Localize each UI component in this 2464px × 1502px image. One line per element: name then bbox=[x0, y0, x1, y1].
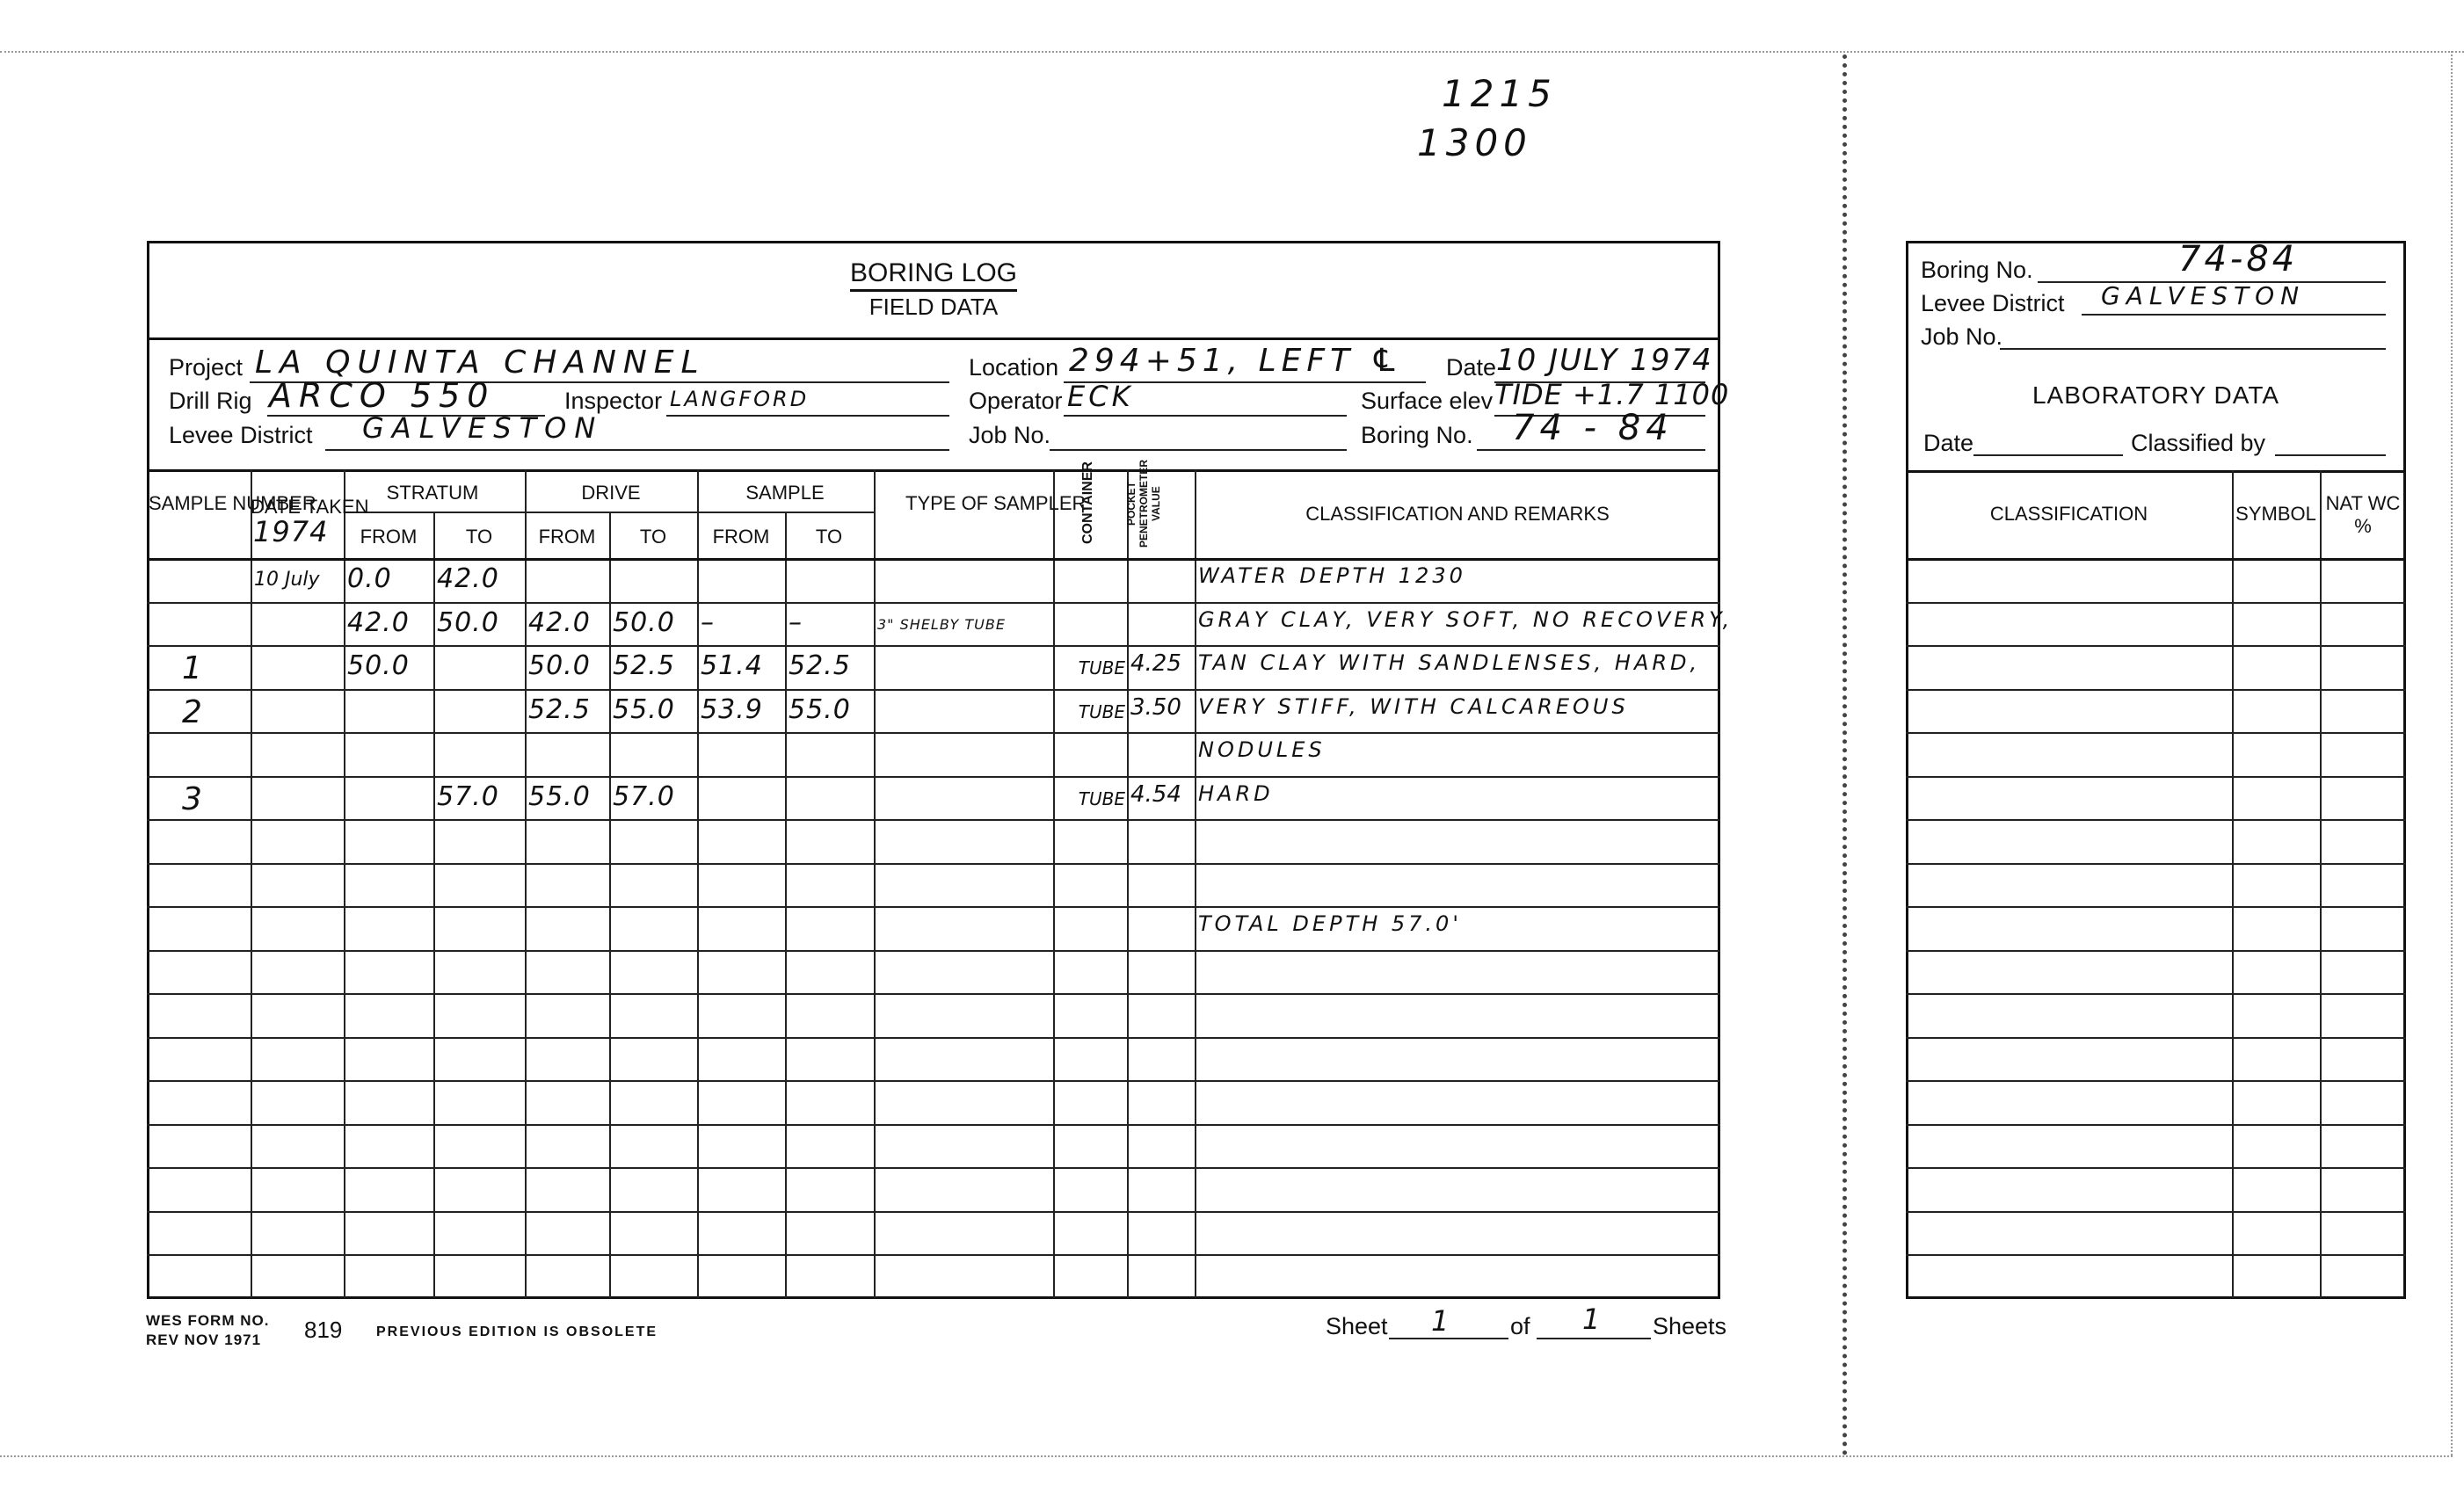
row-divider bbox=[147, 1080, 1720, 1082]
header-drive: DRIVE bbox=[525, 482, 697, 504]
boring-no-underline bbox=[1477, 449, 1705, 451]
drive-to-cell[interactable] bbox=[613, 737, 695, 776]
lab-symbol-cell[interactable] bbox=[2235, 1040, 2317, 1078]
stratum-to-cell[interactable]: 50.0 bbox=[437, 607, 523, 646]
penetrometer-cell[interactable] bbox=[1130, 868, 1193, 907]
lab-row-divider bbox=[1906, 1037, 2406, 1039]
penetrometer-cell[interactable]: 3.50 bbox=[1130, 694, 1193, 733]
lab-symbol-cell[interactable] bbox=[2235, 953, 2317, 991]
lab-classification-cell[interactable] bbox=[1908, 779, 2229, 817]
sample-to-cell[interactable] bbox=[789, 911, 872, 950]
lab-classification-cell[interactable] bbox=[1908, 1257, 2229, 1295]
drive-to-cell[interactable]: 55.0 bbox=[613, 694, 695, 733]
project-label: Project bbox=[169, 354, 243, 381]
sample-to-cell[interactable] bbox=[789, 1172, 872, 1211]
operator-underline bbox=[1064, 415, 1347, 417]
lab-nat-wc-cell[interactable] bbox=[2322, 1214, 2403, 1252]
penetrometer-cell[interactable] bbox=[1130, 1085, 1193, 1124]
form-number-line-2: REV NOV 1971 bbox=[146, 1331, 269, 1350]
header-stratum-from: FROM bbox=[344, 526, 433, 548]
lab-classification-cell[interactable] bbox=[1908, 866, 2229, 904]
lab-row-divider bbox=[1906, 863, 2406, 865]
lab-header-nat-wc: NAT WC % bbox=[2320, 492, 2406, 538]
sampler-type-cell[interactable] bbox=[877, 1268, 1051, 1307]
sample-from-cell[interactable] bbox=[701, 998, 783, 1037]
header-sample-number: SAMPLE NUMBER bbox=[149, 492, 249, 515]
drive-to-cell[interactable] bbox=[613, 1085, 695, 1124]
stratum-from-cell[interactable] bbox=[347, 737, 432, 776]
sample-to-cell[interactable] bbox=[789, 737, 872, 776]
lab-classified-by-underline bbox=[2275, 454, 2386, 456]
form-subtitle: FIELD DATA bbox=[147, 294, 1720, 321]
drive-from-cell[interactable]: 50.0 bbox=[528, 650, 607, 689]
lab-symbol-cell[interactable] bbox=[2235, 779, 2317, 817]
remarks-cell[interactable] bbox=[1198, 1216, 1719, 1255]
surface-elev-field[interactable]: TIDE +1.7 1100 bbox=[1494, 378, 1729, 411]
stratum-from-cell[interactable]: 0.0 bbox=[347, 563, 432, 602]
lab-title: LABORATORY DATA bbox=[1906, 381, 2406, 410]
lab-classification-cell[interactable] bbox=[1908, 1127, 2229, 1165]
date-field[interactable]: 10 JULY 1974 bbox=[1496, 343, 1713, 378]
lab-nat-wc-cell[interactable] bbox=[2322, 822, 2403, 860]
lab-symbol-cell[interactable] bbox=[2235, 866, 2317, 904]
subheader-divider bbox=[344, 512, 874, 513]
lab-row-divider bbox=[1906, 1167, 2406, 1169]
drive-to-cell[interactable] bbox=[613, 955, 695, 994]
date-taken-cell[interactable] bbox=[254, 1265, 342, 1303]
lab-nat-wc-cell[interactable] bbox=[2322, 1170, 2403, 1208]
row-divider bbox=[147, 819, 1720, 821]
drive-from-cell[interactable]: 52.5 bbox=[528, 694, 607, 733]
lab-row-divider bbox=[1906, 602, 2406, 604]
stratum-from-cell[interactable] bbox=[347, 824, 432, 863]
stratum-to-cell[interactable] bbox=[437, 911, 523, 950]
stratum-from-cell[interactable] bbox=[347, 1216, 432, 1255]
boring-no-label: Boring No. bbox=[1361, 422, 1473, 449]
row-divider bbox=[147, 863, 1720, 865]
levee-district-underline bbox=[325, 449, 949, 451]
lab-classification-cell[interactable] bbox=[1908, 692, 2229, 730]
lab-nat-wc-cell[interactable] bbox=[2322, 648, 2403, 686]
drive-to-cell[interactable] bbox=[613, 868, 695, 907]
stratum-to-cell[interactable] bbox=[437, 650, 523, 689]
lab-nat-wc-cell[interactable] bbox=[2322, 692, 2403, 730]
drive-to-cell[interactable] bbox=[613, 911, 695, 950]
drive-from-cell[interactable] bbox=[528, 1085, 607, 1124]
lab-nat-wc-cell[interactable] bbox=[2322, 909, 2403, 947]
row-divider bbox=[147, 1167, 1720, 1169]
date-label: Date bbox=[1446, 354, 1496, 381]
penetrometer-cell[interactable] bbox=[1130, 911, 1193, 950]
sample-to-cell[interactable] bbox=[789, 1216, 872, 1255]
lab-nat-wc-cell[interactable] bbox=[2322, 866, 2403, 904]
form-number-line-1: WES FORM NO. bbox=[146, 1311, 269, 1331]
lab-classified-by-label: Classified by bbox=[2131, 430, 2265, 457]
row-divider bbox=[147, 950, 1720, 952]
sample-from-cell[interactable] bbox=[701, 1129, 783, 1168]
lab-job-no-label: Job No. bbox=[1921, 323, 2002, 351]
row-divider bbox=[147, 906, 1720, 908]
header-container: CONTAINER bbox=[1081, 450, 1095, 555]
penetrometer-cell[interactable] bbox=[1130, 824, 1193, 863]
penetrometer-cell[interactable] bbox=[1130, 955, 1193, 994]
lab-symbol-cell[interactable] bbox=[2235, 735, 2317, 773]
lab-row-divider bbox=[1906, 645, 2406, 647]
stratum-to-cell[interactable] bbox=[437, 998, 523, 1037]
inspector-underline bbox=[666, 415, 949, 417]
penetrometer-cell[interactable]: 4.25 bbox=[1130, 650, 1193, 689]
sample-from-cell[interactable] bbox=[701, 911, 783, 950]
drive-to-cell[interactable] bbox=[613, 1042, 695, 1081]
drive-to-cell[interactable] bbox=[613, 998, 695, 1037]
row-divider bbox=[147, 1124, 1720, 1126]
penetrometer-cell[interactable] bbox=[1130, 737, 1193, 776]
stratum-from-cell[interactable] bbox=[347, 1259, 432, 1298]
job-no-label: Job No. bbox=[969, 422, 1050, 449]
stratum-to-cell[interactable] bbox=[437, 1129, 523, 1168]
form-number: 819 bbox=[304, 1317, 342, 1344]
levee-district-label: Levee District bbox=[169, 422, 313, 449]
stratum-to-cell[interactable] bbox=[437, 868, 523, 907]
penetrometer-cell[interactable]: 4.54 bbox=[1130, 781, 1193, 820]
drive-from-cell[interactable] bbox=[528, 955, 607, 994]
divider bbox=[147, 337, 1720, 340]
lab-symbol-cell[interactable] bbox=[2235, 561, 2317, 599]
drive-from-cell[interactable] bbox=[528, 1129, 607, 1168]
lab-classification-cell[interactable] bbox=[1908, 1040, 2229, 1078]
lab-header-classification: CLASSIFICATION bbox=[1906, 503, 2232, 526]
lab-classification-cell[interactable] bbox=[1908, 561, 2229, 599]
drive-from-cell[interactable] bbox=[528, 1259, 607, 1298]
row-divider bbox=[147, 689, 1720, 691]
drive-from-cell[interactable] bbox=[528, 824, 607, 863]
drive-to-cell[interactable] bbox=[613, 1129, 695, 1168]
penetrometer-cell[interactable] bbox=[1130, 1042, 1193, 1081]
stratum-to-cell[interactable] bbox=[437, 1172, 523, 1211]
header-drive-to: TO bbox=[609, 526, 697, 548]
stratum-to-cell[interactable] bbox=[437, 824, 523, 863]
stratum-from-cell[interactable] bbox=[347, 694, 432, 733]
operator-field[interactable]: ECK bbox=[1067, 380, 1134, 413]
header-type-of-sampler: TYPE OF SAMPLER bbox=[905, 492, 1025, 515]
lab-classification-cell[interactable] bbox=[1908, 996, 2229, 1034]
lab-nat-wc-cell[interactable] bbox=[2322, 1040, 2403, 1078]
surface-elev-label: Surface elev bbox=[1361, 388, 1493, 415]
remarks-cell[interactable]: TOTAL DEPTH 57.0' bbox=[1198, 911, 1719, 950]
remarks-cell[interactable] bbox=[1198, 824, 1719, 863]
drive-from-cell[interactable] bbox=[528, 1042, 607, 1081]
header-classification-remarks: CLASSIFICATION AND REMARKS bbox=[1195, 503, 1720, 526]
stratum-to-cell[interactable] bbox=[437, 955, 523, 994]
drive-to-cell[interactable]: 50.0 bbox=[613, 607, 695, 646]
stratum-from-cell[interactable] bbox=[347, 998, 432, 1037]
sample-to-cell[interactable] bbox=[789, 824, 872, 863]
lab-nat-wc-cell[interactable] bbox=[2322, 561, 2403, 599]
sample-from-cell[interactable] bbox=[701, 1042, 783, 1081]
drill-rig-field[interactable]: ARCO 550 bbox=[269, 376, 495, 415]
form-title-block: BORING LOG FIELD DATA bbox=[147, 241, 1720, 339]
levee-district-field[interactable]: GALVESTON bbox=[362, 411, 603, 445]
row-divider bbox=[147, 1037, 1720, 1039]
penetrometer-cell[interactable] bbox=[1130, 563, 1193, 602]
sample-from-cell[interactable] bbox=[701, 1259, 783, 1298]
sample-from-cell[interactable] bbox=[701, 955, 783, 994]
lab-boring-no-field[interactable]: 74-84 bbox=[2178, 239, 2298, 279]
header-sample-to: TO bbox=[785, 526, 873, 548]
sample-to-cell[interactable] bbox=[789, 1042, 872, 1081]
operator-label: Operator bbox=[969, 388, 1063, 415]
note-time-1: 1215 bbox=[1442, 72, 1557, 115]
lab-row-divider bbox=[1906, 732, 2406, 734]
boring-no-field[interactable]: 74 - 84 bbox=[1512, 408, 1674, 448]
remarks-cell[interactable] bbox=[1198, 1172, 1719, 1211]
lab-classification-cell[interactable] bbox=[1908, 822, 2229, 860]
lab-levee-district-field[interactable]: GALVESTON bbox=[2101, 281, 2305, 310]
row-divider bbox=[147, 1254, 1720, 1256]
stratum-from-cell[interactable] bbox=[347, 1172, 432, 1211]
of-label: of bbox=[1510, 1313, 1530, 1340]
total-sheets-field[interactable]: 1 bbox=[1582, 1302, 1603, 1336]
stratum-to-cell[interactable] bbox=[437, 694, 523, 733]
form-number-label: WES FORM NO. REV NOV 1971 bbox=[146, 1311, 269, 1350]
form-title-text: BORING LOG bbox=[850, 258, 1017, 292]
remarks-cell[interactable] bbox=[1198, 1259, 1719, 1298]
penetrometer-cell[interactable] bbox=[1130, 607, 1193, 646]
remarks-cell[interactable] bbox=[1198, 1129, 1719, 1168]
sample-from-cell[interactable] bbox=[701, 1216, 783, 1255]
stratum-from-cell[interactable] bbox=[347, 1042, 432, 1081]
stratum-from-cell[interactable] bbox=[347, 955, 432, 994]
sample-to-cell[interactable]: – bbox=[789, 607, 872, 646]
lab-header-symbol: SYMBOL bbox=[2232, 503, 2320, 526]
stratum-to-cell[interactable] bbox=[437, 1042, 523, 1081]
remarks-cell[interactable] bbox=[1198, 998, 1719, 1037]
remarks-cell[interactable]: GRAY CLAY, VERY SOFT, NO RECOVERY, bbox=[1198, 607, 1719, 646]
lab-boring-no-label: Boring No. bbox=[1921, 257, 2033, 284]
lab-nat-wc-cell[interactable] bbox=[2322, 605, 2403, 643]
lab-nat-wc-cell[interactable] bbox=[2322, 779, 2403, 817]
stratum-from-cell[interactable] bbox=[347, 868, 432, 907]
lab-classification-cell[interactable] bbox=[1908, 1083, 2229, 1121]
stratum-to-cell[interactable] bbox=[437, 737, 523, 776]
sample-to-cell[interactable] bbox=[789, 781, 872, 820]
drive-from-cell[interactable] bbox=[528, 998, 607, 1037]
sheet-underline bbox=[1389, 1338, 1508, 1339]
drive-from-cell[interactable] bbox=[528, 737, 607, 776]
stratum-to-cell[interactable] bbox=[437, 1216, 523, 1255]
lab-header-nat-wc-unit: % bbox=[2320, 515, 2406, 538]
header-sample-from: FROM bbox=[697, 526, 785, 548]
drive-from-cell[interactable] bbox=[528, 911, 607, 950]
drive-to-cell[interactable] bbox=[613, 824, 695, 863]
sample-to-cell[interactable]: 52.5 bbox=[789, 650, 872, 689]
sample-from-cell[interactable] bbox=[701, 1085, 783, 1124]
header-stratum: STRATUM bbox=[344, 482, 521, 504]
lab-date-underline bbox=[1973, 454, 2123, 456]
lab-row-divider bbox=[1906, 1124, 2406, 1126]
paper-edge-top bbox=[0, 51, 2464, 53]
lab-row-divider bbox=[1906, 906, 2406, 908]
drive-from-cell[interactable] bbox=[528, 563, 607, 602]
sample-to-cell[interactable] bbox=[789, 955, 872, 994]
drive-from-cell[interactable] bbox=[528, 868, 607, 907]
lab-symbol-cell[interactable] bbox=[2235, 909, 2317, 947]
sample-from-cell[interactable]: 51.4 bbox=[701, 650, 783, 689]
remarks-cell[interactable]: WATER DEPTH 1230 bbox=[1198, 563, 1719, 602]
header-drive-from: FROM bbox=[525, 526, 609, 548]
stratum-from-cell[interactable] bbox=[347, 1129, 432, 1168]
lab-row-divider bbox=[1906, 993, 2406, 995]
lab-classification-cell[interactable] bbox=[1908, 953, 2229, 991]
remarks-cell[interactable] bbox=[1198, 868, 1719, 907]
sample-from-cell[interactable] bbox=[701, 563, 783, 602]
sample-from-cell[interactable] bbox=[701, 781, 783, 820]
sample-to-cell[interactable] bbox=[789, 998, 872, 1037]
sample-from-cell[interactable] bbox=[701, 1172, 783, 1211]
lab-nat-wc-cell[interactable] bbox=[2322, 1083, 2403, 1121]
sample-to-cell[interactable] bbox=[789, 563, 872, 602]
lab-symbol-cell[interactable] bbox=[2235, 1170, 2317, 1208]
lab-row-divider bbox=[1906, 1080, 2406, 1082]
sheet-number-field[interactable]: 1 bbox=[1431, 1304, 1451, 1338]
row-divider bbox=[147, 1211, 1720, 1213]
lab-nat-wc-cell[interactable] bbox=[2322, 735, 2403, 773]
row-divider bbox=[147, 993, 1720, 995]
remarks-cell[interactable] bbox=[1198, 1085, 1719, 1124]
lab-symbol-cell[interactable] bbox=[2235, 1127, 2317, 1165]
penetrometer-cell[interactable] bbox=[1130, 1172, 1193, 1211]
sheets-label: Sheets bbox=[1653, 1313, 1726, 1340]
sample-from-cell[interactable]: – bbox=[701, 607, 783, 646]
lab-levee-district-label: Levee District bbox=[1921, 290, 2065, 317]
sheet-label: Sheet bbox=[1326, 1313, 1388, 1340]
lab-symbol-cell[interactable] bbox=[2235, 822, 2317, 860]
stratum-from-cell[interactable] bbox=[347, 1085, 432, 1124]
obsolete-note: PREVIOUS EDITION IS OBSOLETE bbox=[376, 1323, 658, 1342]
form-title: BORING LOG bbox=[147, 258, 1720, 288]
lab-column-divider bbox=[2320, 470, 2322, 1298]
drill-rig-label: Drill Rig bbox=[169, 388, 252, 415]
date-taken-year: 1974 bbox=[253, 515, 328, 548]
stratum-from-cell[interactable]: 50.0 bbox=[347, 650, 432, 689]
drive-from-cell[interactable] bbox=[528, 1172, 607, 1211]
lab-divider bbox=[1906, 470, 2406, 473]
drive-to-cell[interactable] bbox=[613, 1216, 695, 1255]
lab-classification-cell[interactable] bbox=[1908, 1170, 2229, 1208]
remarks-cell[interactable]: TAN CLAY WITH SANDLENSES, HARD, bbox=[1198, 650, 1719, 689]
lab-nat-wc-cell[interactable] bbox=[2322, 1127, 2403, 1165]
lab-job-no-underline bbox=[2000, 348, 2386, 350]
lab-header-nat-wc-text: NAT WC bbox=[2320, 492, 2406, 515]
header-pocket-penetrometer: POCKET PENETROMETER VALUE bbox=[1125, 452, 1171, 555]
remarks-cell[interactable]: NODULES bbox=[1198, 737, 1719, 776]
project-field[interactable]: LA QUINTA CHANNEL bbox=[255, 345, 706, 381]
stratum-from-cell[interactable]: 42.0 bbox=[347, 607, 432, 646]
lab-symbol-cell[interactable] bbox=[2235, 692, 2317, 730]
lab-row-divider bbox=[1906, 1254, 2406, 1256]
penetrometer-cell[interactable] bbox=[1130, 1216, 1193, 1255]
paper-edge-right bbox=[2451, 51, 2453, 1455]
drive-from-cell[interactable]: 42.0 bbox=[528, 607, 607, 646]
lab-row-divider bbox=[1906, 950, 2406, 952]
drive-to-cell[interactable] bbox=[613, 1259, 695, 1298]
lab-symbol-cell[interactable] bbox=[2235, 1214, 2317, 1252]
remarks-cell[interactable] bbox=[1198, 955, 1719, 994]
penetrometer-cell[interactable] bbox=[1130, 1129, 1193, 1168]
lab-classification-cell[interactable] bbox=[1908, 909, 2229, 947]
lab-column-divider bbox=[2232, 470, 2234, 1298]
sample-to-cell[interactable]: 55.0 bbox=[789, 694, 872, 733]
drive-from-cell[interactable] bbox=[528, 1216, 607, 1255]
divider bbox=[147, 469, 1720, 472]
drive-to-cell[interactable] bbox=[613, 1172, 695, 1211]
stratum-to-cell[interactable] bbox=[437, 1259, 523, 1298]
perforation-line bbox=[1843, 54, 1847, 1456]
lab-row-divider bbox=[1906, 689, 2406, 691]
lab-symbol-cell[interactable] bbox=[2235, 1083, 2317, 1121]
stratum-from-cell[interactable] bbox=[347, 781, 432, 820]
row-divider bbox=[147, 645, 1720, 647]
sample-from-cell[interactable] bbox=[701, 824, 783, 863]
header-sample: SAMPLE bbox=[697, 482, 873, 504]
drive-from-cell[interactable]: 55.0 bbox=[528, 781, 607, 820]
sample-to-cell[interactable] bbox=[789, 1085, 872, 1124]
lab-nat-wc-cell[interactable] bbox=[2322, 1257, 2403, 1295]
lab-row-divider bbox=[1906, 1211, 2406, 1213]
lab-nat-wc-cell[interactable] bbox=[2322, 953, 2403, 991]
stratum-from-cell[interactable] bbox=[347, 911, 432, 950]
container-cell[interactable] bbox=[1057, 1266, 1125, 1305]
stratum-to-cell[interactable]: 42.0 bbox=[437, 563, 523, 602]
drive-to-cell[interactable] bbox=[613, 563, 695, 602]
remarks-cell[interactable] bbox=[1198, 1042, 1719, 1081]
lab-classification-cell[interactable] bbox=[1908, 1214, 2229, 1252]
lab-classification-cell[interactable] bbox=[1908, 648, 2229, 686]
stratum-to-cell[interactable]: 57.0 bbox=[437, 781, 523, 820]
lab-symbol-cell[interactable] bbox=[2235, 1257, 2317, 1295]
lab-date-label: Date bbox=[1923, 430, 1973, 457]
sample-from-cell[interactable] bbox=[701, 737, 783, 776]
penetrometer-cell[interactable] bbox=[1130, 998, 1193, 1037]
location-field[interactable]: 294+51, LEFT ℄ bbox=[1069, 343, 1404, 379]
row-divider bbox=[147, 602, 1720, 604]
remarks-cell[interactable]: VERY STIFF, WITH CALCAREOUS bbox=[1198, 694, 1719, 733]
row-divider bbox=[147, 776, 1720, 778]
stratum-to-cell[interactable] bbox=[437, 1085, 523, 1124]
drive-to-cell[interactable]: 52.5 bbox=[613, 650, 695, 689]
lab-nat-wc-cell[interactable] bbox=[2322, 996, 2403, 1034]
lab-symbol-cell[interactable] bbox=[2235, 605, 2317, 643]
lab-row-divider bbox=[1906, 776, 2406, 778]
sample-to-cell[interactable] bbox=[789, 1129, 872, 1168]
sample-to-cell[interactable] bbox=[789, 1259, 872, 1298]
remarks-cell[interactable]: HARD bbox=[1198, 781, 1719, 820]
sample-from-cell[interactable] bbox=[701, 868, 783, 907]
sample-from-cell[interactable]: 53.9 bbox=[701, 694, 783, 733]
penetrometer-cell[interactable] bbox=[1130, 1259, 1193, 1298]
lab-symbol-cell[interactable] bbox=[2235, 996, 2317, 1034]
drive-to-cell[interactable]: 57.0 bbox=[613, 781, 695, 820]
row-divider bbox=[147, 732, 1720, 734]
lab-symbol-cell[interactable] bbox=[2235, 648, 2317, 686]
of-underline bbox=[1537, 1338, 1651, 1339]
inspector-field[interactable]: LANGFORD bbox=[670, 387, 809, 411]
lab-classification-cell[interactable] bbox=[1908, 735, 2229, 773]
sample-to-cell[interactable] bbox=[789, 868, 872, 907]
lab-classification-cell[interactable] bbox=[1908, 605, 2229, 643]
header-stratum-to: TO bbox=[433, 526, 525, 548]
lab-row-divider bbox=[1906, 819, 2406, 821]
